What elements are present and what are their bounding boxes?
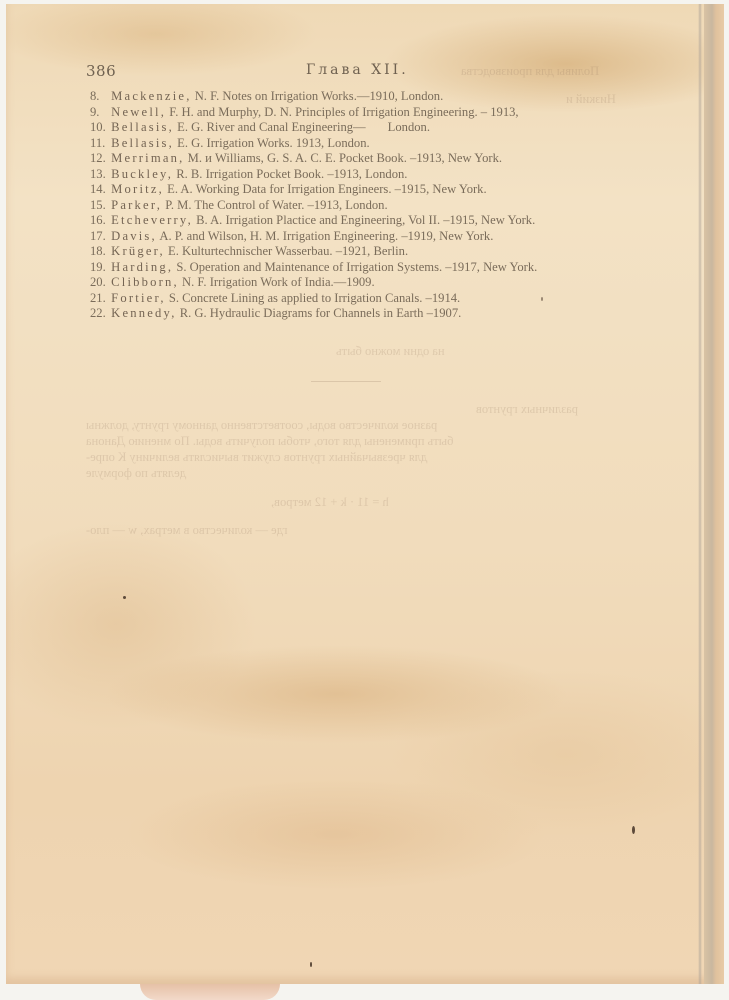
reference-author: Harding, [111,260,173,274]
reference-number: 11. [90,136,108,152]
reference-item: 11. Bellasis, E. G. Irrigation Works. 19… [90,136,630,152]
reference-text: P. M. The Control of Water. –1913, Londo… [162,198,388,212]
chapter-title: Глава XII. [306,62,409,78]
reference-author: Bellasis, [111,120,174,134]
thumb-holding-page [140,984,280,1000]
reference-text: F. H. and Murphy, D. N. Principles of Ir… [166,105,519,119]
reference-number: 10. [90,120,108,136]
reference-number: 12. [90,151,108,167]
reference-text: R. G. Hydraulic Diagrams for Channels in… [177,306,462,320]
book-page: Поливы для производства Низкий и на одни… [6,4,724,984]
reference-author: Kennedy, [111,306,176,320]
scanned-page-image: Поливы для производства Низкий и на одни… [0,0,729,1000]
page-header: 386 Глава XII. [86,62,626,82]
reference-text: E. Kulturtechnischer Wasserbau. –1921, B… [165,244,408,258]
reference-item: 10. Bellasis, E. G. River and Canal Engi… [90,120,630,136]
bleed-through-line: различных грунтов [476,402,578,418]
reference-text: R. B. Irrigation Pocket Book. –1913, Lon… [173,167,407,181]
bleed-through-line: на одни можно быть [336,344,445,360]
book-spine-edge [704,4,724,984]
reference-number: 17. [90,229,108,245]
bleed-through-line: разное количество воды, соответственно д… [86,418,437,434]
reference-item: 22. Kennedy, R. G. Hydraulic Diagrams fo… [90,306,630,322]
reference-item: 12. Merriman, M. и Williams, G. S. A. C.… [90,151,630,167]
dust-speck [123,596,126,599]
reference-author: Buckley, [111,167,173,181]
reference-item: 19. Harding, S. Operation and Maintenanc… [90,260,630,276]
reference-author: Davis, [111,229,157,243]
bleed-through-line: для чрезвычайных грунтов служит вычислят… [86,450,427,466]
reference-number: 20. [90,275,108,291]
reference-author: Newell, [111,105,166,119]
dust-speck [541,297,543,301]
bleed-through-line: где — количество в метрах, w — пло- [86,523,287,539]
reference-author: Fortier, [111,291,166,305]
reference-item: 13. Buckley, R. B. Irrigation Pocket Boo… [90,167,630,183]
reference-text: E. G. River and Canal Engineering— Londo… [174,120,430,134]
reference-number: 19. [90,260,108,276]
reference-number: 8. [90,89,108,105]
reference-author: Bellasis, [111,136,174,150]
reference-number: 14. [90,182,108,198]
reference-author: Krüger, [111,244,165,258]
reference-text: E. A. Working Data for Irrigation Engine… [164,182,487,196]
reference-author: Clibborn, [111,275,179,289]
reference-text: N. F. Irrigation Work of India.—1909. [179,275,375,289]
reference-text: S. Concrete Lining as applied to Irrigat… [166,291,461,305]
dust-speck [632,826,635,834]
reference-number: 9. [90,105,108,121]
page-gutter-shadow [698,4,702,984]
reference-number: 22. [90,306,108,322]
reference-item: 16. Etcheverry, B. A. Irrigation Plactic… [90,213,630,229]
reference-author: Merriman, [111,151,184,165]
reference-item: 21. Fortier, S. Concrete Lining as appli… [90,291,630,307]
reference-item: 15. Parker, P. M. The Control of Water. … [90,198,630,214]
reference-author: Mackenzie, [111,89,191,103]
reference-author: Parker, [111,198,162,212]
reference-item: 20. Clibborn, N. F. Irrigation Work of I… [90,275,630,291]
reference-number: 13. [90,167,108,183]
bleed-through-line: h = 11 · k + 12 метров, [271,495,389,511]
reference-text: A. P. and Wilson, H. M. Irrigation Engin… [157,229,493,243]
reference-item: 8. Mackenzie, N. F. Notes on Irrigation … [90,89,630,105]
reference-author: Etcheverry, [111,213,193,227]
reference-item: 14. Moritz, E. A. Working Data for Irrig… [90,182,630,198]
page-number: 386 [86,62,116,80]
reference-text: S. Operation and Maintenance of Irrigati… [173,260,537,274]
bleed-through-line: быть применены для того, чтобы получить … [86,434,454,450]
reference-number: 16. [90,213,108,229]
bibliography-list: 8. Mackenzie, N. F. Notes on Irrigation … [90,89,630,322]
reference-number: 15. [90,198,108,214]
reference-item: 9. Newell, F. H. and Murphy, D. N. Princ… [90,105,630,121]
reference-text: B. A. Irrigation Plactice and Engineerin… [193,213,535,227]
reference-number: 21. [90,291,108,307]
reference-text: N. F. Notes on Irrigation Works.—1910, L… [192,89,444,103]
bleed-through-line: делять по формуле [86,466,186,482]
reference-item: 18. Krüger, E. Kulturtechnischer Wasserb… [90,244,630,260]
bleed-through-rule [311,381,381,382]
reference-item: 17. Davis, A. P. and Wilson, H. M. Irrig… [90,229,630,245]
reference-author: Moritz, [111,182,164,196]
dust-speck [310,962,312,967]
reference-text: E. G. Irrigation Works. 1913, London. [174,136,370,150]
reference-text: M. и Williams, G. S. A. C. E. Pocket Boo… [184,151,502,165]
reference-number: 18. [90,244,108,260]
